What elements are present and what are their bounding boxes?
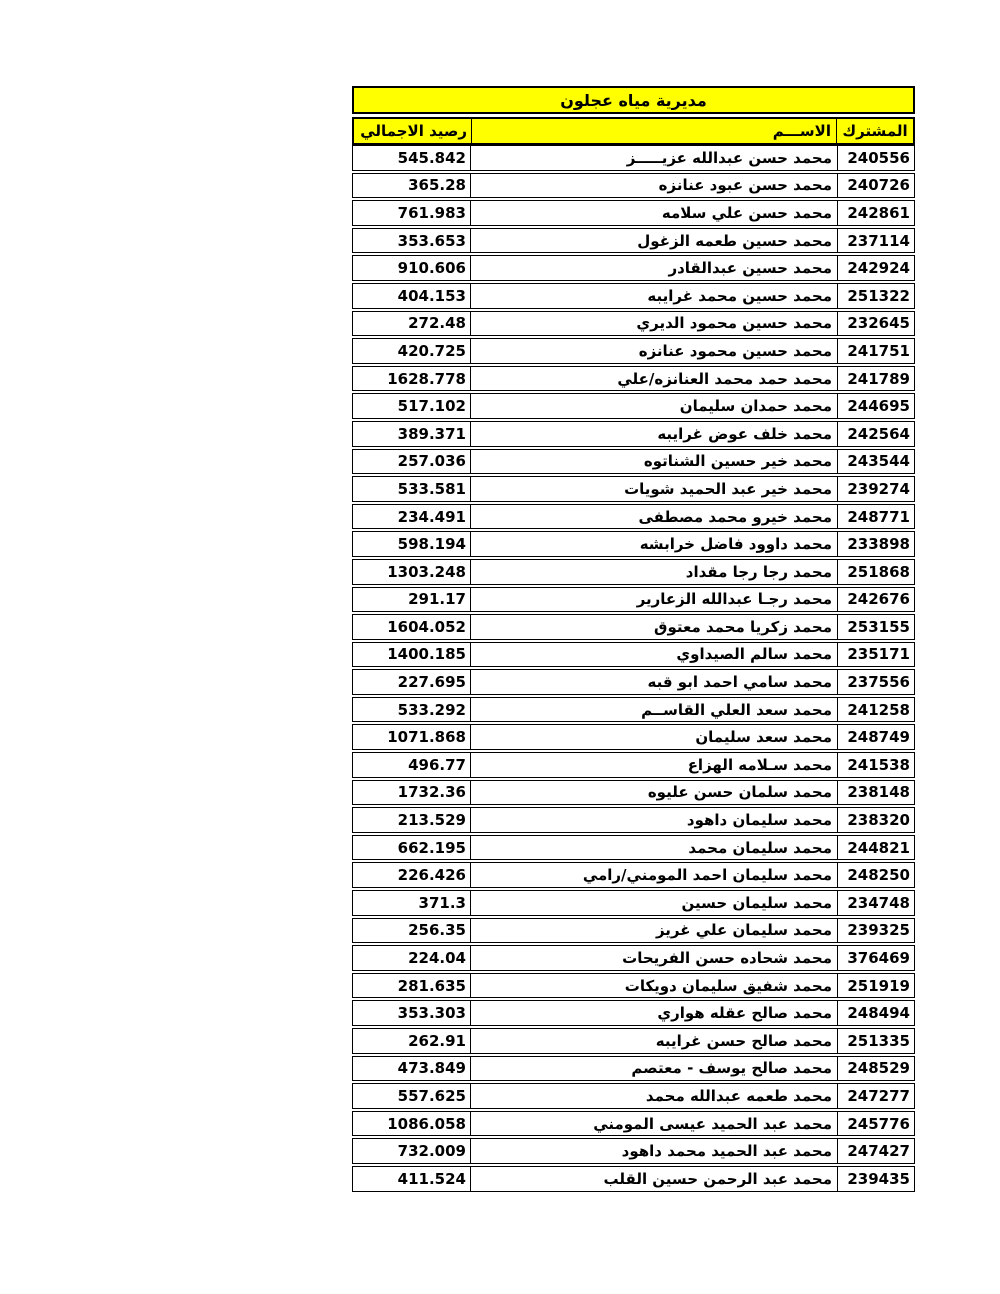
table-row: 389.371محمد خلف عوض غرايبه242564	[352, 421, 915, 447]
balance-cell: 281.635	[353, 974, 470, 998]
subscriber-cell: 376469	[838, 946, 914, 970]
table-row: 213.529محمد سليمان داهود238320	[352, 807, 915, 833]
balance-cell: 732.009	[353, 1139, 470, 1163]
name-cell: محمد سامي احمد ابو قبه	[470, 670, 838, 694]
subscriber-cell: 248250	[838, 863, 914, 887]
name-cell: محمد حمدان سليمان	[470, 394, 838, 418]
name-cell: محمد حسين محمد غرايبه	[470, 284, 838, 308]
name-cell: محمد سليمان علي غريز	[470, 919, 838, 943]
name-cell: محمد حسن عبود عنانزه	[470, 174, 838, 198]
table-row: 256.35محمد سليمان علي غريز239325	[352, 918, 915, 944]
name-cell: محمد سعد العلي القاســم	[470, 698, 838, 722]
table-row: 262.91محمد صالح حسن غرايبه251335	[352, 1028, 915, 1054]
balance-cell: 371.3	[353, 891, 470, 915]
name-cell: محمد داوود فاضل خرابشه	[470, 532, 838, 556]
subscriber-cell: 233898	[838, 532, 914, 556]
table-title: مديرية مياه عجلون	[352, 86, 915, 114]
name-cell: محمد شحاده حسن الفريحات	[470, 946, 838, 970]
balance-cell: 291.17	[353, 588, 470, 612]
name-cell: محمد خير حسين الشناتوه	[470, 450, 838, 474]
name-cell: محمد صالح حسن غرايبه	[470, 1029, 838, 1053]
name-cell: محمد زكريا محمد معتوق	[470, 615, 838, 639]
table-row: 272.48محمد حسين محمود الديري232645	[352, 311, 915, 337]
name-cell: محمد حسن علي سلامه	[470, 201, 838, 225]
subscriber-cell: 251322	[838, 284, 914, 308]
subscriber-cell: 241538	[838, 753, 914, 777]
name-cell: محمد خيرو محمد مصطفى	[470, 505, 838, 529]
balance-cell: 1303.248	[353, 560, 470, 584]
balance-cell: 365.28	[353, 174, 470, 198]
name-cell: محمد سلمان حسن عليوه	[470, 781, 838, 805]
name-cell: محمد رجـا عبدالله الزعارير	[470, 588, 838, 612]
subscriber-cell: 239274	[838, 477, 914, 501]
subscriber-cell: 232645	[838, 312, 914, 336]
table-row: 533.292محمد سعد العلي القاســم241258	[352, 697, 915, 723]
balance-cell: 226.426	[353, 863, 470, 887]
table-row: 557.625محمد طعمه عبدالله محمد247277	[352, 1083, 915, 1109]
balance-cell: 353.653	[353, 229, 470, 253]
table-row: 517.102محمد حمدان سليمان244695	[352, 393, 915, 419]
balance-cell: 420.725	[353, 339, 470, 363]
subscriber-cell: 248494	[838, 1001, 914, 1025]
table-row: 473.849محمد صالح يوسف - معتصم248529	[352, 1056, 915, 1082]
balance-cell: 761.983	[353, 201, 470, 225]
balance-cell: 662.195	[353, 836, 470, 860]
name-cell: محمد رجا رجا مقداد	[470, 560, 838, 584]
table-row: 1628.778محمد حمد محمد العنانزه/علي241789	[352, 366, 915, 392]
table-row: 1303.248محمد رجا رجا مقداد251868	[352, 559, 915, 585]
subscriber-cell: 241789	[838, 367, 914, 391]
table-body: 545.842محمد حسن عبدالله عزيـــــز2405563…	[352, 145, 915, 1192]
name-cell: محمد خلف عوض غرايبه	[470, 422, 838, 446]
table-row: 257.036محمد خير حسين الشناتوه243544	[352, 449, 915, 475]
table-row: 234.491محمد خيرو محمد مصطفى248771	[352, 504, 915, 530]
balance-cell: 262.91	[353, 1029, 470, 1053]
table-row: 291.17محمد رجـا عبدالله الزعارير242676	[352, 587, 915, 613]
subscriber-cell: 244695	[838, 394, 914, 418]
table-row: 371.3محمد سليمان حسين234748	[352, 890, 915, 916]
table-row: 227.695محمد سامي احمد ابو قبه237556	[352, 669, 915, 695]
table-row: 1732.36محمد سلمان حسن عليوه238148	[352, 780, 915, 806]
balance-cell: 1628.778	[353, 367, 470, 391]
name-cell: محمد حسن عبدالله عزيـــــز	[470, 146, 838, 170]
subscriber-cell: 239325	[838, 919, 914, 943]
name-cell: محمد حسين محمود عنانزه	[470, 339, 838, 363]
balance-cell: 234.491	[353, 505, 470, 529]
subscriber-cell: 237114	[838, 229, 914, 253]
table-row: 353.303محمد صالح عقله هواري248494	[352, 1000, 915, 1026]
table-row: 1086.058محمد عبد الحميد عيسى المومني2457…	[352, 1111, 915, 1137]
subscriber-cell: 251335	[838, 1029, 914, 1053]
name-cell: محمد عبد الحميد محمد داهود	[470, 1139, 838, 1163]
subscriber-cell: 234748	[838, 891, 914, 915]
balance-cell: 1400.185	[353, 643, 470, 667]
subscriber-cell: 242676	[838, 588, 914, 612]
table-row: 226.426محمد سليمان احمد المومني/رامي2482…	[352, 862, 915, 888]
balance-cell: 1071.868	[353, 725, 470, 749]
name-cell: محمد سليمان داهود	[470, 808, 838, 832]
subscriber-cell: 240726	[838, 174, 914, 198]
subscriber-cell: 247277	[838, 1084, 914, 1108]
balance-cell: 517.102	[353, 394, 470, 418]
name-cell: محمد حسين عبدالقادر	[470, 256, 838, 280]
balance-cell: 224.04	[353, 946, 470, 970]
table-row: 761.983محمد حسن علي سلامه242861	[352, 200, 915, 226]
name-cell: محمد سعد سليمان	[470, 725, 838, 749]
table-row: 1071.868محمد سعد سليمان248749	[352, 724, 915, 750]
subscriber-cell: 239435	[838, 1167, 914, 1191]
subscriber-cell: 245776	[838, 1112, 914, 1136]
subscriber-cell: 251919	[838, 974, 914, 998]
balance-cell: 272.48	[353, 312, 470, 336]
table-row: 732.009محمد عبد الحميد محمد داهود247427	[352, 1138, 915, 1164]
table-row: 496.77محمد سـلامه الهزاع241538	[352, 752, 915, 778]
balance-cell: 533.581	[353, 477, 470, 501]
table-row: 598.194محمد داوود فاضل خرابشه233898	[352, 531, 915, 557]
header-name: الاســـم	[471, 119, 837, 143]
name-cell: محمد صالح عقله هواري	[470, 1001, 838, 1025]
header-balance-total: رصيد الاجمالي	[354, 119, 471, 143]
balance-cell: 496.77	[353, 753, 470, 777]
balance-cell: 533.292	[353, 698, 470, 722]
balance-cell: 257.036	[353, 450, 470, 474]
balance-cell: 1732.36	[353, 781, 470, 805]
table-row: 1604.052محمد زكريا محمد معتوق253155	[352, 614, 915, 640]
name-cell: محمد حسين محمود الديري	[470, 312, 838, 336]
table-row: 353.653محمد حسين طعمه الزغول237114	[352, 228, 915, 254]
balance-cell: 545.842	[353, 146, 470, 170]
subscriber-cell: 253155	[838, 615, 914, 639]
subscriber-cell: 237556	[838, 670, 914, 694]
balance-cell: 411.524	[353, 1167, 470, 1191]
balance-cell: 256.35	[353, 919, 470, 943]
subscriber-cell: 235171	[838, 643, 914, 667]
subscriber-cell: 242564	[838, 422, 914, 446]
table-row: 545.842محمد حسن عبدالله عزيـــــز240556	[352, 145, 915, 171]
subscriber-cell: 240556	[838, 146, 914, 170]
balance-cell: 557.625	[353, 1084, 470, 1108]
name-cell: محمد حمد محمد العنانزه/علي	[470, 367, 838, 391]
table-row: 420.725محمد حسين محمود عنانزه241751	[352, 338, 915, 364]
subscriber-cell: 241751	[838, 339, 914, 363]
name-cell: محمد شفيق سليمان دويكات	[470, 974, 838, 998]
name-cell: محمد عبد الحميد عيسى المومني	[470, 1112, 838, 1136]
table-row: 1400.185محمد سالم الصيداوي235171	[352, 642, 915, 668]
subscriber-cell: 241258	[838, 698, 914, 722]
subscriber-cell: 248529	[838, 1057, 914, 1081]
table-row: 224.04محمد شحاده حسن الفريحات376469	[352, 945, 915, 971]
table-row: 404.153محمد حسين محمد غرايبه251322	[352, 283, 915, 309]
subscriber-cell: 238320	[838, 808, 914, 832]
name-cell: محمد عبد الرحمن حسين القلب	[470, 1167, 838, 1191]
subscriber-cell: 247427	[838, 1139, 914, 1163]
subscriber-cell: 251868	[838, 560, 914, 584]
subscriber-cell: 242924	[838, 256, 914, 280]
name-cell: محمد طعمه عبدالله محمد	[470, 1084, 838, 1108]
balance-cell: 227.695	[353, 670, 470, 694]
balance-cell: 598.194	[353, 532, 470, 556]
name-cell: محمد سليمان حسين	[470, 891, 838, 915]
balance-cell: 404.153	[353, 284, 470, 308]
name-cell: محمد سليمان محمد	[470, 836, 838, 860]
balance-cell: 213.529	[353, 808, 470, 832]
table-row: 365.28محمد حسن عبود عنانزه240726	[352, 173, 915, 199]
balance-cell: 473.849	[353, 1057, 470, 1081]
name-cell: محمد سـلامه الهزاع	[470, 753, 838, 777]
balance-cell: 353.303	[353, 1001, 470, 1025]
subscriber-balance-table: مديرية مياه عجلون رصيد الاجمالي الاســـم…	[352, 86, 915, 1194]
name-cell: محمد سليمان احمد المومني/رامي	[470, 863, 838, 887]
name-cell: محمد خير عبد الحميد شويات	[470, 477, 838, 501]
header-subscriber: المشترك	[837, 119, 913, 143]
name-cell: محمد حسين طعمه الزغول	[470, 229, 838, 253]
subscriber-cell: 238148	[838, 781, 914, 805]
table-header-row: رصيد الاجمالي الاســـم المشترك	[352, 117, 915, 145]
balance-cell: 1086.058	[353, 1112, 470, 1136]
subscriber-cell: 248771	[838, 505, 914, 529]
subscriber-cell: 248749	[838, 725, 914, 749]
name-cell: محمد سالم الصيداوي	[470, 643, 838, 667]
table-row: 662.195محمد سليمان محمد244821	[352, 835, 915, 861]
subscriber-cell: 243544	[838, 450, 914, 474]
table-row: 411.524محمد عبد الرحمن حسين القلب239435	[352, 1166, 915, 1192]
name-cell: محمد صالح يوسف - معتصم	[470, 1057, 838, 1081]
balance-cell: 910.606	[353, 256, 470, 280]
table-row: 910.606محمد حسين عبدالقادر242924	[352, 255, 915, 281]
subscriber-cell: 244821	[838, 836, 914, 860]
balance-cell: 1604.052	[353, 615, 470, 639]
table-row: 281.635محمد شفيق سليمان دويكات251919	[352, 973, 915, 999]
subscriber-cell: 242861	[838, 201, 914, 225]
table-row: 533.581محمد خير عبد الحميد شويات239274	[352, 476, 915, 502]
balance-cell: 389.371	[353, 422, 470, 446]
